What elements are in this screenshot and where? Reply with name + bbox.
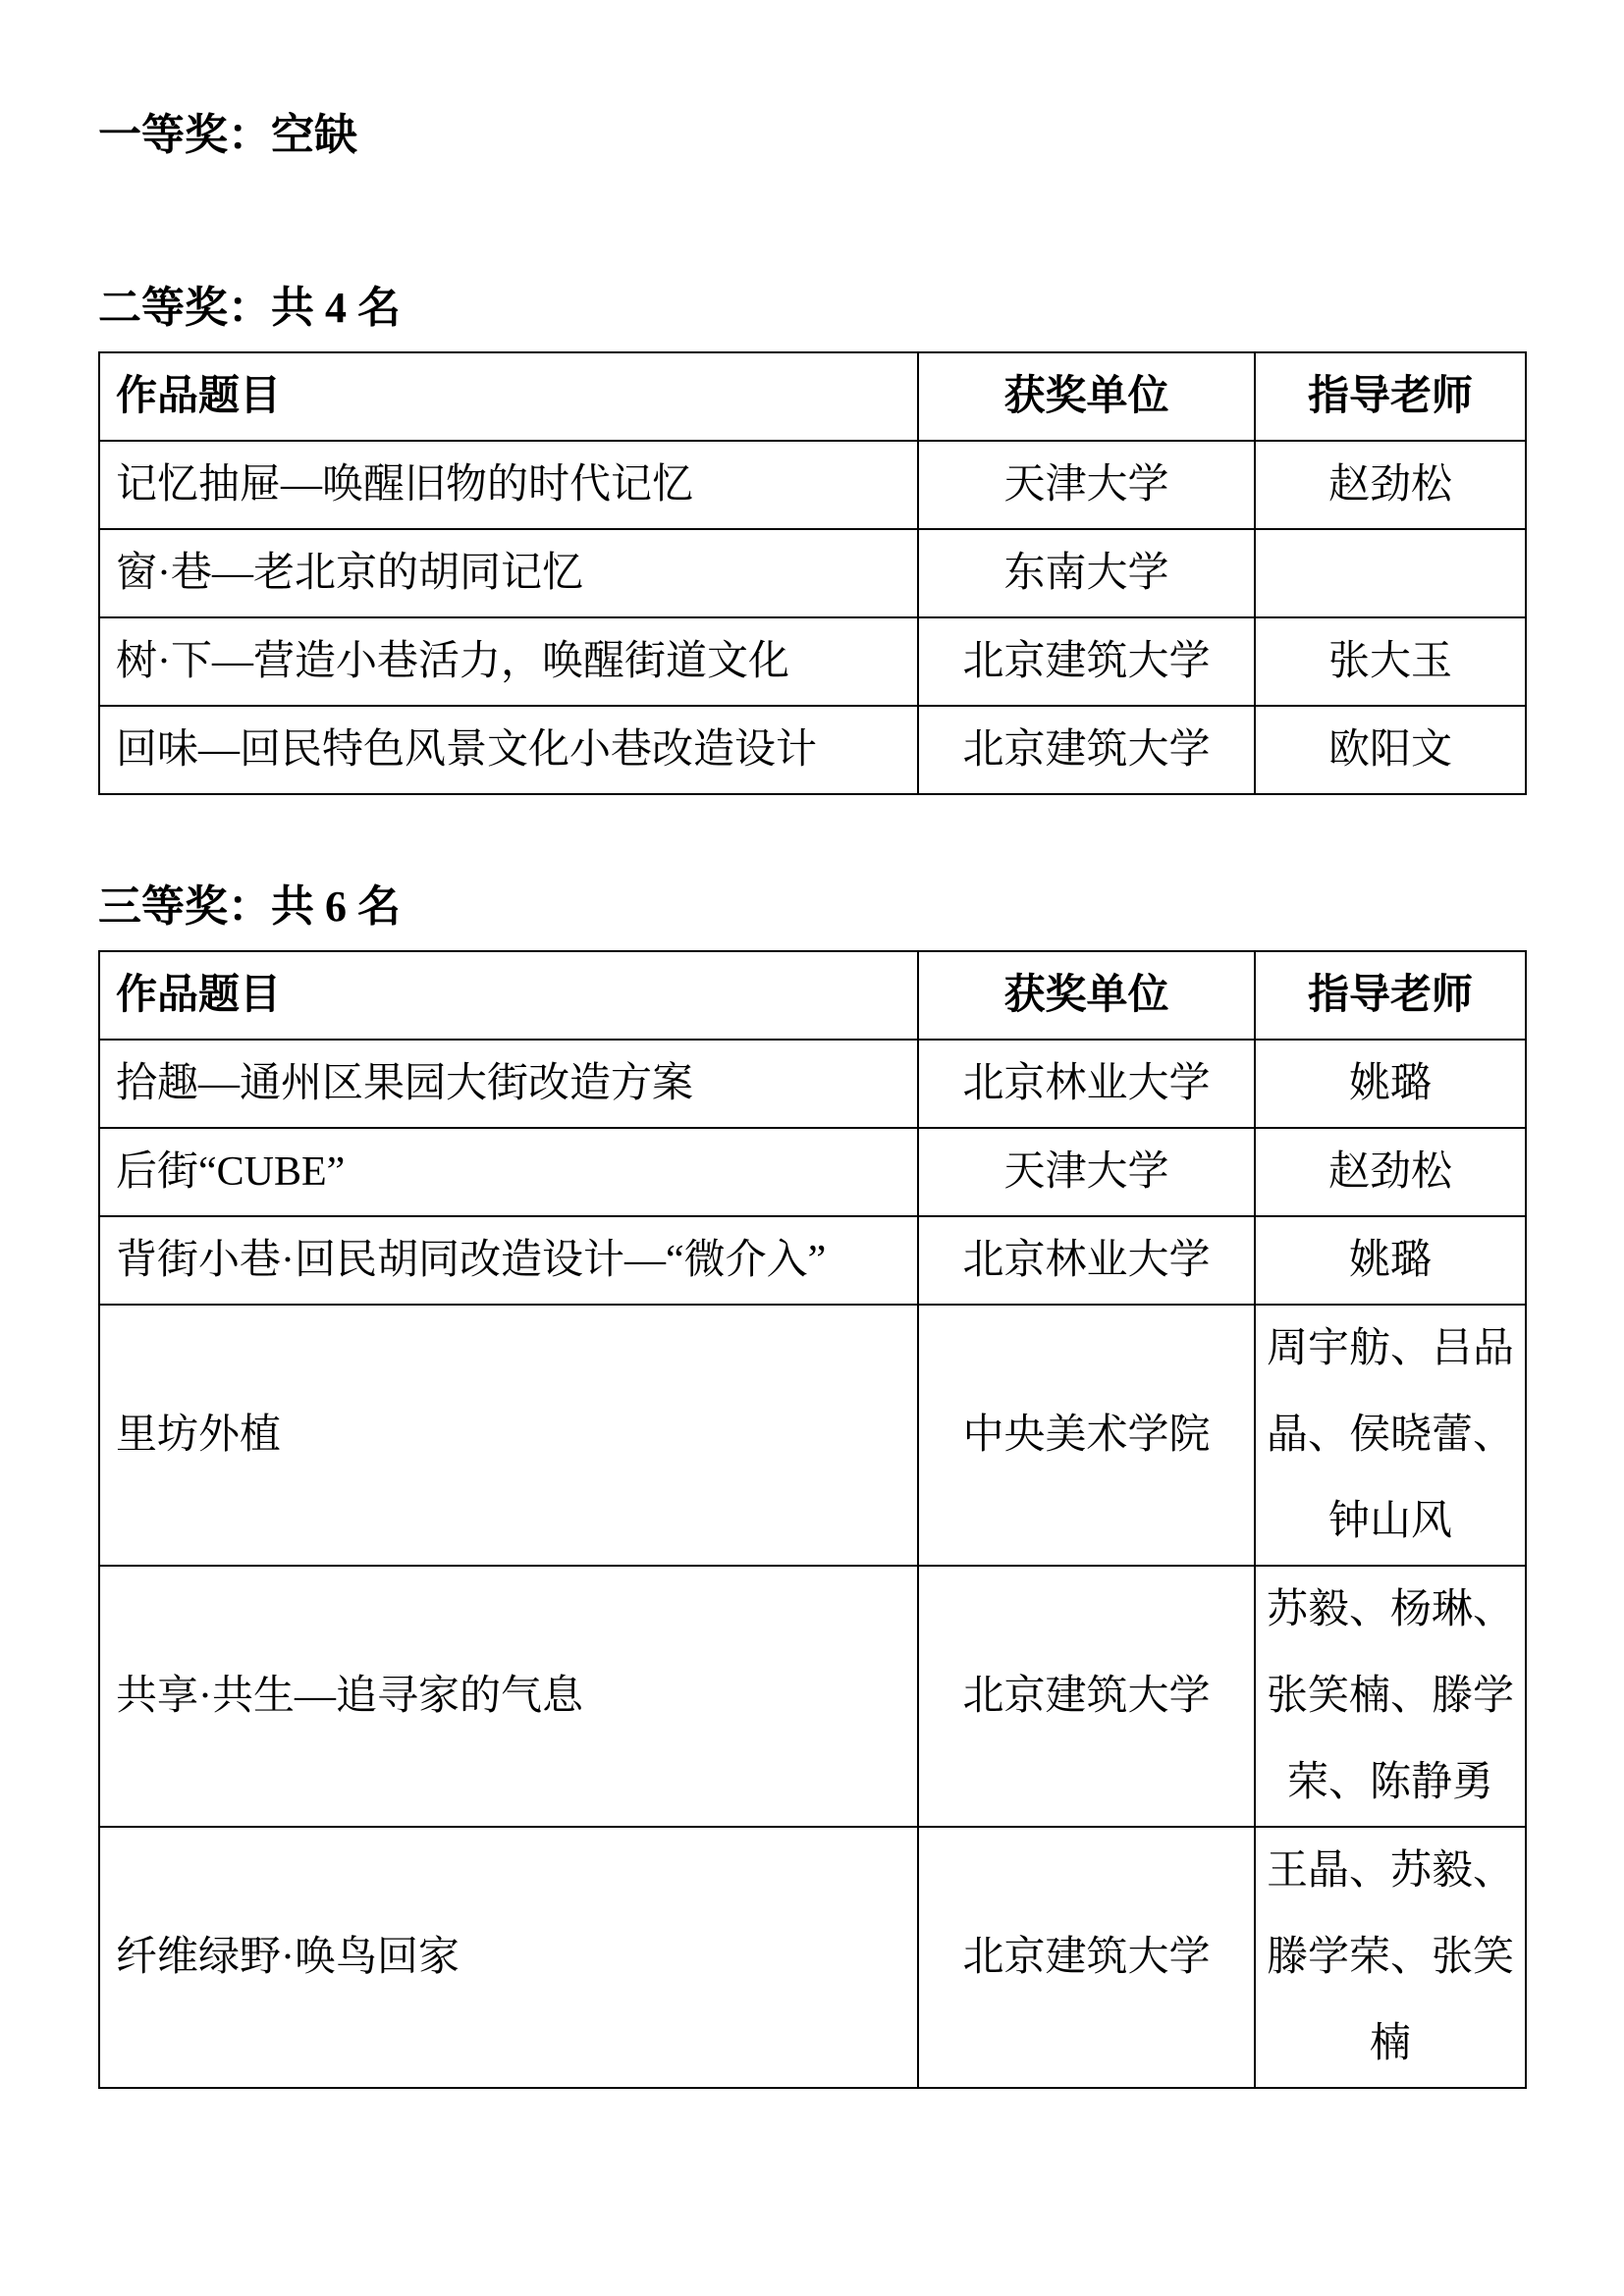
- table-header-row: 作品题目获奖单位指导老师: [99, 951, 1526, 1040]
- cell-work-title: 后街“CUBE”: [99, 1128, 918, 1216]
- cell-teacher-name: 欧阳文: [1255, 706, 1526, 794]
- cell-unit-name: 北京建筑大学: [918, 617, 1255, 706]
- cell-unit-name: 中央美术学院: [918, 1305, 1255, 1566]
- cell-work-title: 纤维绿野·唤鸟回家: [99, 1827, 918, 2088]
- cell-unit-name: 天津大学: [918, 1128, 1255, 1216]
- column-header-teacher: 指导老师: [1255, 352, 1526, 441]
- cell-teacher-name: 赵劲松: [1255, 441, 1526, 529]
- cell-teacher-name: 王晶、苏毅、滕学荣、张笑楠: [1255, 1827, 1526, 2088]
- column-header-work-title: 作品题目: [99, 352, 918, 441]
- table-row: 树·下—营造小巷活力，唤醒街道文化北京建筑大学张大玉: [99, 617, 1526, 706]
- table-row: 共享·共生—追寻家的气息北京建筑大学苏毅、杨琳、张笑楠、滕学荣、陈静勇: [99, 1566, 1526, 1827]
- document-page: 一等奖：空缺 二等奖：共 4 名 作品题目获奖单位指导老师记忆抽屉—唤醒旧物的时…: [0, 0, 1624, 2296]
- table-row: 拾趣—通州区果园大街改造方案北京林业大学姚璐: [99, 1040, 1526, 1128]
- column-header-unit: 获奖单位: [918, 352, 1255, 441]
- column-header-teacher: 指导老师: [1255, 951, 1526, 1040]
- table-row: 窗·巷—老北京的胡同记忆东南大学: [99, 529, 1526, 617]
- cell-teacher-name: 赵劲松: [1255, 1128, 1526, 1216]
- cell-teacher-name: 姚璐: [1255, 1040, 1526, 1128]
- table-row: 回味—回民特色风景文化小巷改造设计北京建筑大学欧阳文: [99, 706, 1526, 794]
- cell-teacher-name: 姚璐: [1255, 1216, 1526, 1305]
- table-row: 后街“CUBE”天津大学赵劲松: [99, 1128, 1526, 1216]
- table-header-row: 作品题目获奖单位指导老师: [99, 352, 1526, 441]
- cell-unit-name: 北京林业大学: [918, 1216, 1255, 1305]
- second-prize-table: 作品题目获奖单位指导老师记忆抽屉—唤醒旧物的时代记忆天津大学赵劲松窗·巷—老北京…: [98, 351, 1527, 795]
- heading-first-prize: 一等奖：空缺: [98, 110, 357, 161]
- heading-second-prize: 二等奖：共 4 名: [98, 283, 401, 334]
- cell-work-title: 回味—回民特色风景文化小巷改造设计: [99, 706, 918, 794]
- cell-work-title: 记忆抽屉—唤醒旧物的时代记忆: [99, 441, 918, 529]
- cell-work-title: 窗·巷—老北京的胡同记忆: [99, 529, 918, 617]
- cell-unit-name: 天津大学: [918, 441, 1255, 529]
- cell-teacher-name: [1255, 529, 1526, 617]
- table-row: 里坊外植中央美术学院周宇舫、吕品晶、侯晓蕾、钟山风: [99, 1305, 1526, 1566]
- cell-teacher-name: 张大玉: [1255, 617, 1526, 706]
- cell-unit-name: 北京建筑大学: [918, 706, 1255, 794]
- cell-unit-name: 北京建筑大学: [918, 1566, 1255, 1827]
- cell-work-title: 树·下—营造小巷活力，唤醒街道文化: [99, 617, 918, 706]
- cell-unit-name: 北京建筑大学: [918, 1827, 1255, 2088]
- table-row: 纤维绿野·唤鸟回家北京建筑大学王晶、苏毅、滕学荣、张笑楠: [99, 1827, 1526, 2088]
- column-header-work-title: 作品题目: [99, 951, 918, 1040]
- column-header-unit: 获奖单位: [918, 951, 1255, 1040]
- cell-unit-name: 北京林业大学: [918, 1040, 1255, 1128]
- table-row: 记忆抽屉—唤醒旧物的时代记忆天津大学赵劲松: [99, 441, 1526, 529]
- cell-work-title: 背街小巷·回民胡同改造设计—“微介入”: [99, 1216, 918, 1305]
- cell-work-title: 拾趣—通州区果园大街改造方案: [99, 1040, 918, 1128]
- cell-teacher-name: 周宇舫、吕品晶、侯晓蕾、钟山风: [1255, 1305, 1526, 1566]
- third-prize-table: 作品题目获奖单位指导老师拾趣—通州区果园大街改造方案北京林业大学姚璐后街“CUB…: [98, 950, 1527, 2089]
- cell-work-title: 共享·共生—追寻家的气息: [99, 1566, 918, 1827]
- heading-third-prize: 三等奖：共 6 名: [98, 881, 401, 933]
- cell-work-title: 里坊外植: [99, 1305, 918, 1566]
- table-row: 背街小巷·回民胡同改造设计—“微介入”北京林业大学姚璐: [99, 1216, 1526, 1305]
- cell-teacher-name: 苏毅、杨琳、张笑楠、滕学荣、陈静勇: [1255, 1566, 1526, 1827]
- cell-unit-name: 东南大学: [918, 529, 1255, 617]
